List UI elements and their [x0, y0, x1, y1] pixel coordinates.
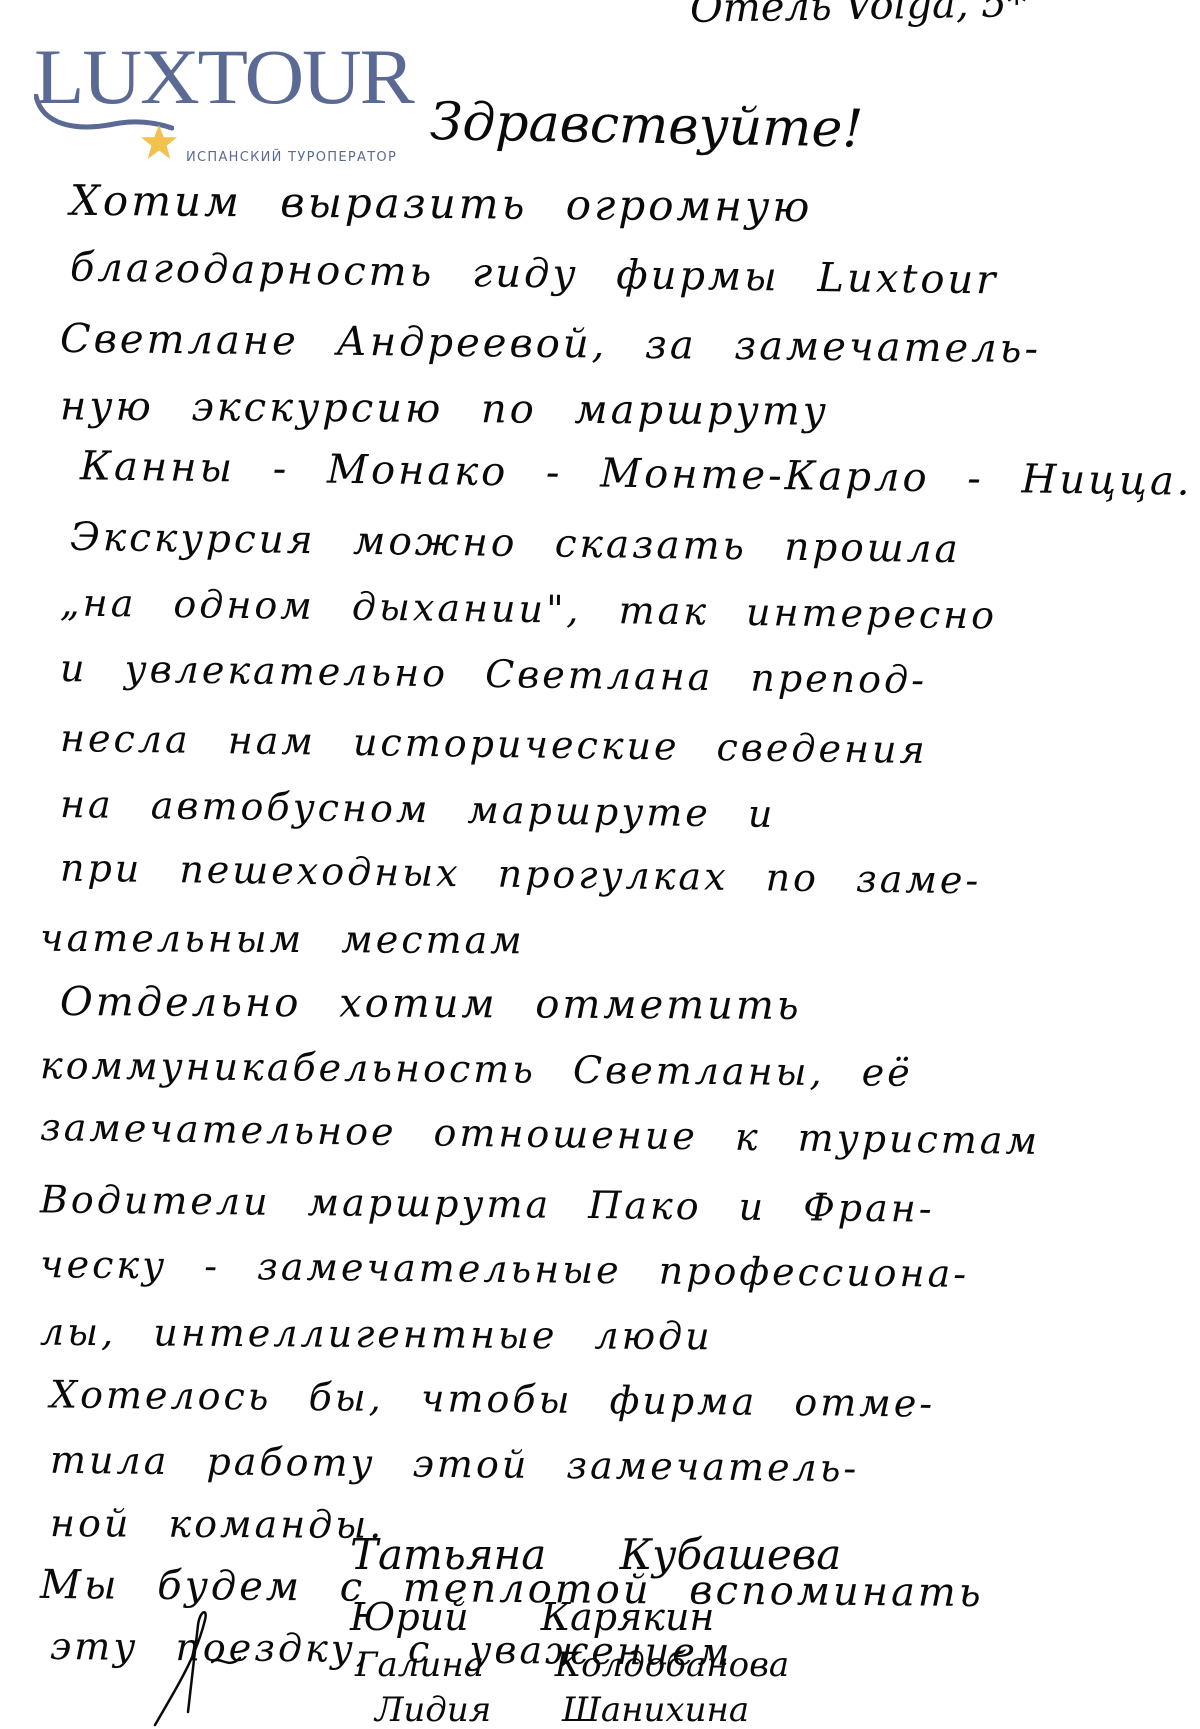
letter-line: замечательное отношение к туристам [40, 1103, 1041, 1165]
letter-line: при пешеходных прогулках по заме- [60, 844, 982, 905]
letter-line: Водители маршрута Пако и Фран- [40, 1175, 935, 1232]
letter-line: лы, интеллигентные люди [40, 1308, 713, 1361]
signature-name: Галина Колдобанова [355, 1645, 789, 1685]
letter-line: тила работу этой замечатель- [50, 1436, 860, 1492]
letter-line: ческу - замечательные профессиона- [40, 1240, 970, 1298]
signature-name: Юрий Карякин [350, 1595, 714, 1639]
letter-line: ную экскурсию по маршруту [60, 382, 829, 435]
letter-line: Экскурсия можно сказать прошла [70, 514, 961, 574]
star-icon [140, 124, 178, 160]
signature-name: Лидия Шанихина [375, 1690, 749, 1729]
hotel-note: Отель Volga, 5* [690, 0, 1028, 32]
letter-line: Канны - Монако - Монте-Карло - Ницца. [80, 442, 1193, 506]
letter-line: Отдельно хотим отметить [60, 978, 802, 1030]
greeting: Здравствуйте! [429, 92, 863, 160]
letter-line: „на одном дыхании", так интересно [60, 578, 998, 639]
signature-name: Татьяна Кубашева [350, 1530, 841, 1579]
luxtour-logo: LUXTOUR ИСПАНСКИЙ ТУРОПЕРАТОР [34, 38, 379, 138]
letter-line: Светлане Андреевой, за замечатель- [60, 315, 1041, 373]
letter-line: и увлекательно Светлана препод- [60, 644, 928, 704]
signature-scribble-icon [150, 1600, 260, 1729]
letter-line: благодарность гиду фирмы Luxtour [70, 244, 999, 305]
letter-line: коммуникабельность Светланы, её [40, 1041, 913, 1097]
letter-line: Хотим выразить огромную [70, 177, 813, 231]
logo-tagline: ИСПАНСКИЙ ТУРОПЕРАТОР [186, 150, 397, 165]
letter-line: чательным местам [40, 914, 525, 965]
letter-line: на автобусном маршруте и [60, 780, 776, 838]
letter-line: несла нам исторические сведения [60, 714, 928, 774]
letter-line: Хотелось бы, чтобы фирма отме- [50, 1370, 936, 1427]
letter-line: ной команды. [50, 1499, 385, 1549]
